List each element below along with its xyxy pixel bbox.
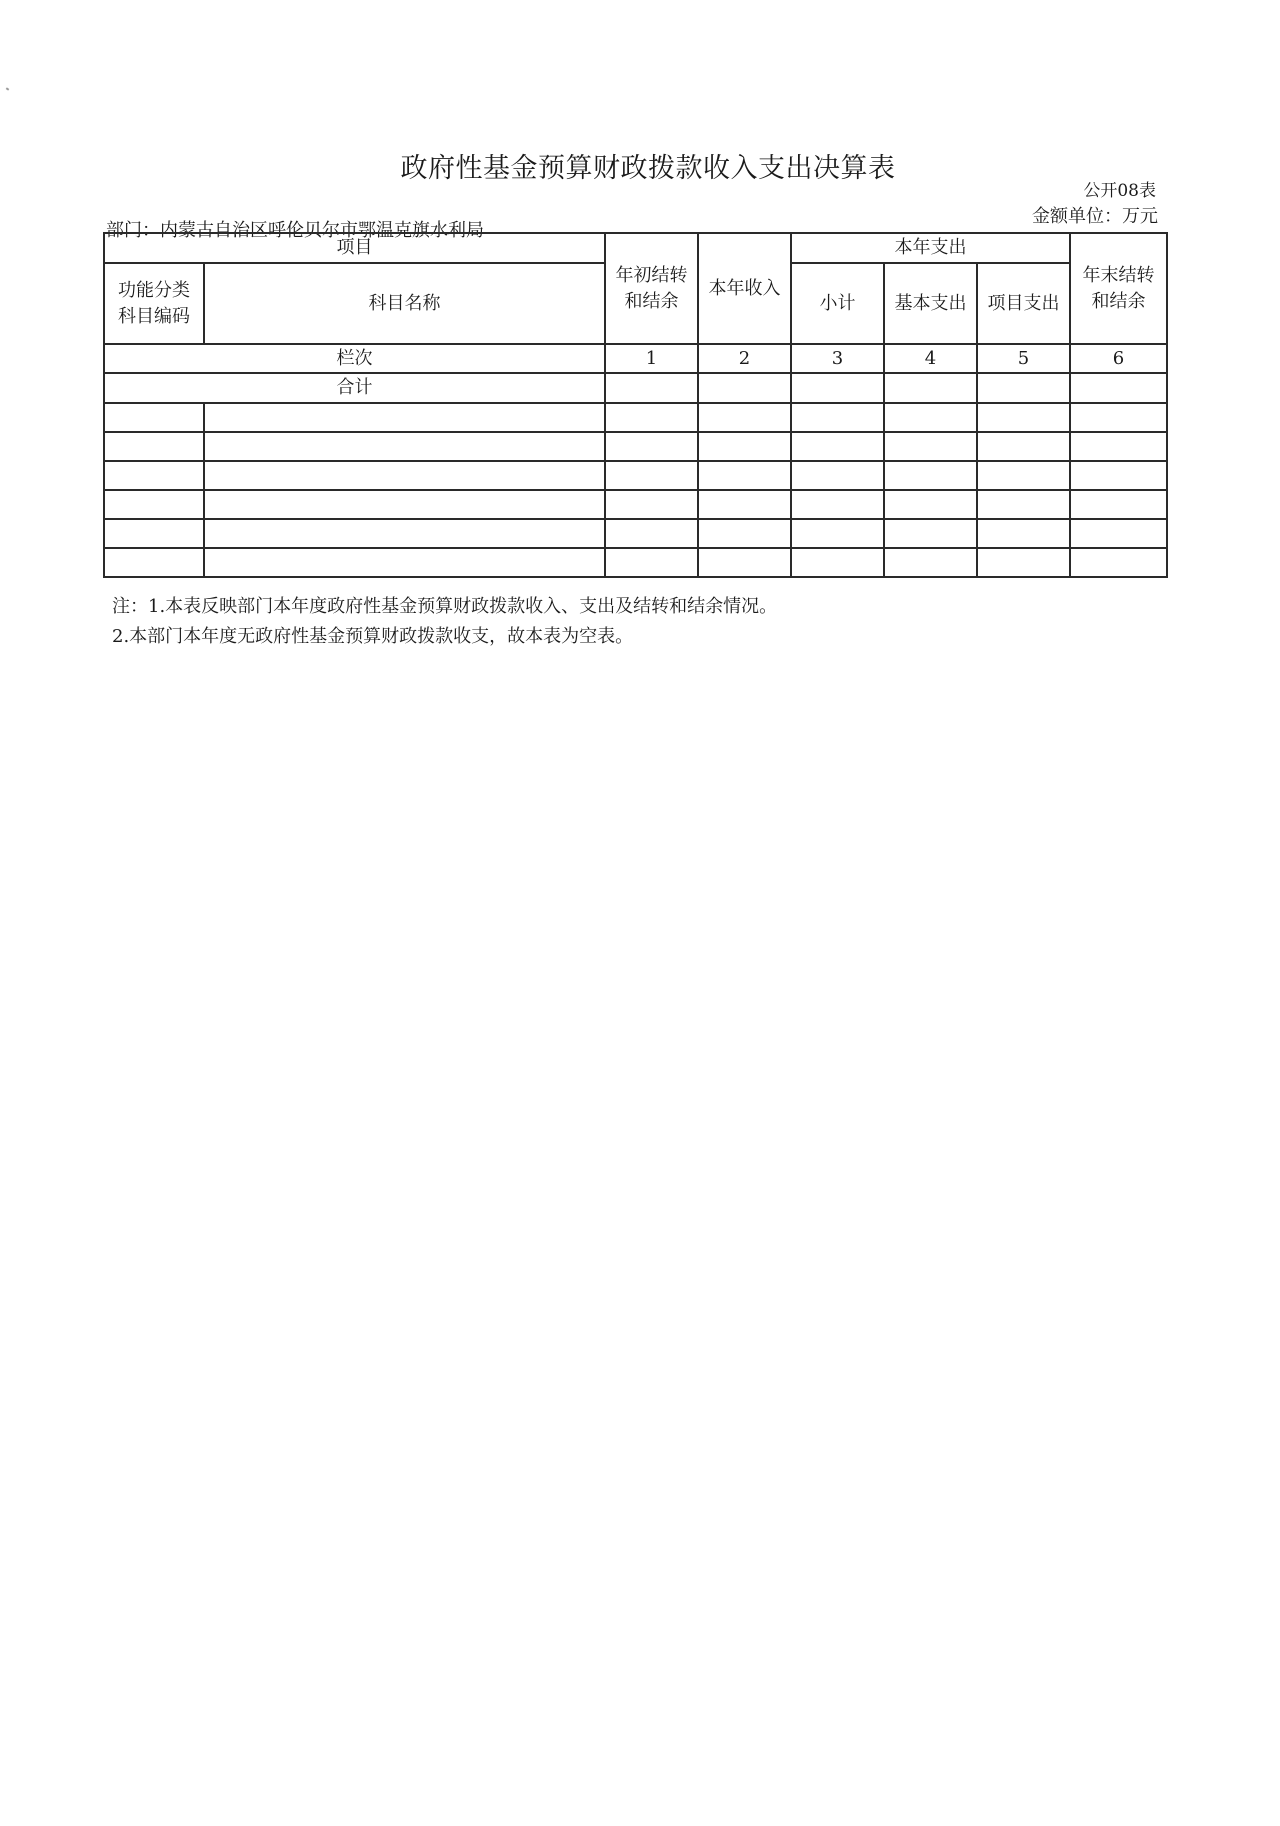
row-code (104, 461, 204, 490)
row-value (884, 432, 977, 461)
row-value (1070, 461, 1167, 490)
note-2: 2.本部门本年度无政府性基金预算财政拨款收支，故本表为空表。 (112, 622, 777, 652)
row-name (204, 519, 605, 548)
header-subtotal: 小计 (791, 263, 884, 344)
header-code-line2: 科目编码 (105, 304, 203, 330)
row-value (1070, 403, 1167, 432)
row-name (204, 461, 605, 490)
table-row (104, 461, 1167, 490)
column-number: 4 (884, 344, 977, 373)
row-value (884, 548, 977, 577)
row-value (698, 548, 791, 577)
row-value (977, 403, 1070, 432)
header-project-expenditure: 项目支出 (977, 263, 1070, 344)
row-value (605, 548, 698, 577)
row-value (884, 461, 977, 490)
header-opening-balance-line2: 和结余 (606, 289, 697, 315)
header-basic-expenditure: 基本支出 (884, 263, 977, 344)
row-code (104, 548, 204, 577)
total-cell (1070, 373, 1167, 403)
column-number: 2 (698, 344, 791, 373)
header-item: 项目 (104, 233, 605, 263)
row-code (104, 403, 204, 432)
row-value (791, 432, 884, 461)
row-value (698, 519, 791, 548)
row-code (104, 490, 204, 519)
header-opening-balance-line1: 年初结转 (606, 263, 697, 289)
row-value (977, 461, 1070, 490)
total-cell (977, 373, 1070, 403)
row-value (977, 548, 1070, 577)
row-value (791, 490, 884, 519)
row-value (791, 403, 884, 432)
total-cell (884, 373, 977, 403)
row-value (605, 519, 698, 548)
row-value (884, 519, 977, 548)
row-value (977, 432, 1070, 461)
table-row (104, 490, 1167, 519)
scan-speck (6, 87, 10, 90)
header-code-line1: 功能分类 (105, 278, 203, 304)
row-value (884, 403, 977, 432)
row-value (791, 461, 884, 490)
row-value (1070, 519, 1167, 548)
header-expenditure-group: 本年支出 (791, 233, 1070, 263)
column-number: 3 (791, 344, 884, 373)
column-number-row: 栏次 1 2 3 4 5 6 (104, 344, 1167, 373)
row-name (204, 548, 605, 577)
header-income: 本年收入 (698, 233, 791, 344)
row-name (204, 432, 605, 461)
notes: 注：1.本表反映部门本年度政府性基金预算财政拨款收入、支出及结转和结余情况。 2… (112, 592, 777, 652)
row-value (884, 490, 977, 519)
row-code (104, 432, 204, 461)
column-number: 6 (1070, 344, 1167, 373)
row-value (605, 403, 698, 432)
amount-unit: 金额单位：万元 (1032, 202, 1158, 228)
row-value (605, 432, 698, 461)
row-value (698, 403, 791, 432)
note-1: 注：1.本表反映部门本年度政府性基金预算财政拨款收入、支出及结转和结余情况。 (112, 592, 777, 622)
row-value (1070, 490, 1167, 519)
total-label: 合计 (104, 373, 605, 403)
row-value (605, 461, 698, 490)
row-name (204, 403, 605, 432)
header-closing-balance-line1: 年末结转 (1071, 263, 1166, 289)
header-name: 科目名称 (204, 263, 605, 344)
table-row (104, 403, 1167, 432)
row-name (204, 490, 605, 519)
total-cell (791, 373, 884, 403)
header-closing-balance-line2: 和结余 (1071, 289, 1166, 315)
row-value (791, 548, 884, 577)
row-value (1070, 432, 1167, 461)
row-value (698, 461, 791, 490)
column-number-label: 栏次 (104, 344, 605, 373)
row-value (977, 490, 1070, 519)
budget-table: 项目 年初结转 和结余 本年收入 本年支出 年末结转 和结余 功能分类 科目编码… (103, 232, 1166, 578)
row-value (698, 490, 791, 519)
table-row (104, 519, 1167, 548)
row-value (698, 432, 791, 461)
table-number: 公开08表 (1083, 176, 1156, 201)
header-opening-balance: 年初结转 和结余 (605, 233, 698, 344)
column-number: 1 (605, 344, 698, 373)
total-cell (698, 373, 791, 403)
header-code: 功能分类 科目编码 (104, 263, 204, 344)
row-value (605, 490, 698, 519)
row-value (791, 519, 884, 548)
row-value (1070, 548, 1167, 577)
total-row: 合计 (104, 373, 1167, 403)
total-cell (605, 373, 698, 403)
header-closing-balance: 年末结转 和结余 (1070, 233, 1167, 344)
row-value (977, 519, 1070, 548)
row-code (104, 519, 204, 548)
table-row (104, 432, 1167, 461)
column-number: 5 (977, 344, 1070, 373)
table-row (104, 548, 1167, 577)
